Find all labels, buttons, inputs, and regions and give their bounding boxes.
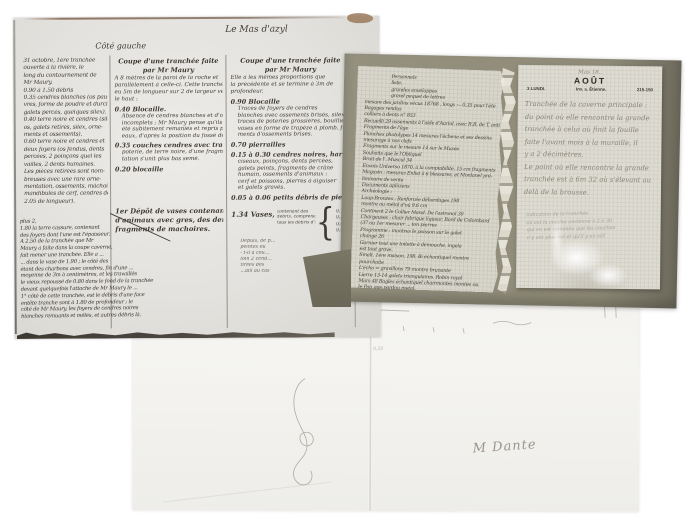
diary-entry-text: Tranchée de la caverne principale :du po… [517,98,662,200]
notebook-right-page: Mas 18.. AOÛT 3 LUNDI. Inv. s. Étienne. … [516,65,662,289]
sketch-measure-label: 0,50 [373,347,383,352]
handwriting-line: y a 2 décimètres. [524,148,654,162]
photo-collage: 0,50 M Dante Le Mas d'azyl Côté gauche 3… [0,0,689,517]
diary-faint-notes: indication de la tranchéeoù est la couch… [516,209,661,243]
diary-day-number: 3 LUNDI. [527,86,545,91]
diary-feast-day: Inv. s. Étienne. [576,87,606,92]
handwriting-line: tranchée à celui où finit la fouille [525,123,655,137]
notebook-photo: Personnelsliste,grandes enveloppesgrand … [339,53,681,308]
handwriting-line: Tranchée de la caverne principale : [525,98,655,112]
diary-day-count: 215-150 [637,87,653,92]
diagonal-stroke [110,213,170,241]
diary-day-row: 3 LUNDI. Inv. s. Étienne. 215-150 [518,85,662,93]
handwriting-line: delà de la brousse. [524,185,654,199]
handwriting-line: tranchée est à 6m 32 où s'élevant au [524,173,654,187]
notebook-left-page: Personnelsliste,grandes enveloppesgrand … [350,66,505,293]
doodle-loop [293,379,312,485]
